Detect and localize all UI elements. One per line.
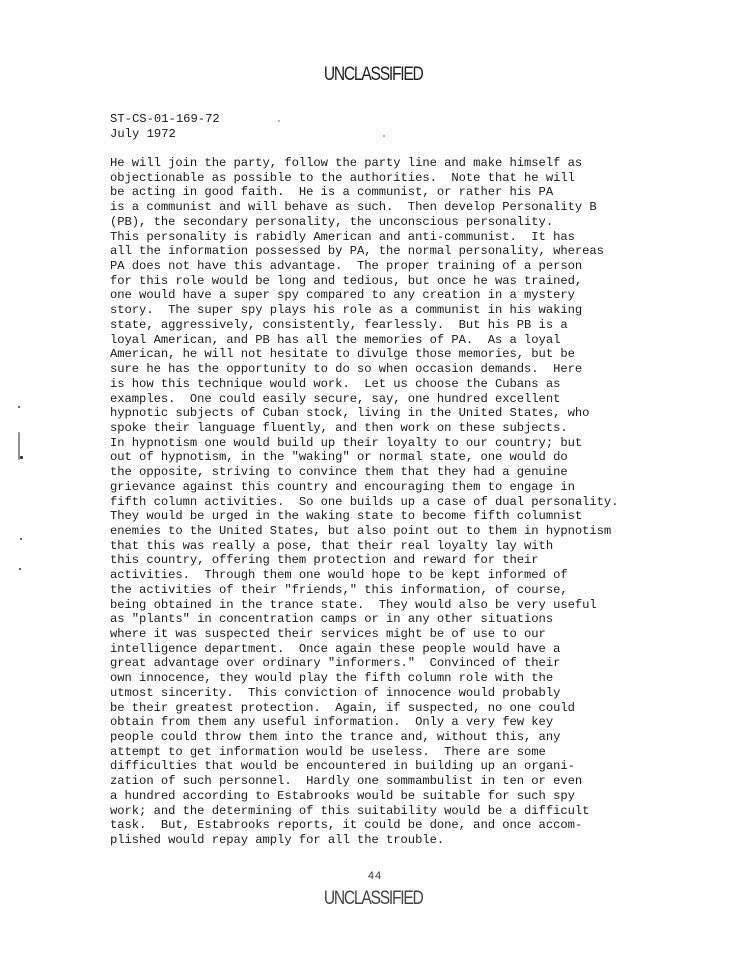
classification-header: UNCLASSIFIED [66,64,681,86]
text-line: where it was suspected their services mi… [110,627,670,642]
text-line: the activities of their "friends," this … [110,583,670,598]
text-line: activities. Through them one would hope … [110,568,670,583]
text-line: all the information possessed by PA, the… [110,244,670,259]
text-line: the opposite, striving to convince them … [110,465,670,480]
text-line: PA does not have this advantage. The pro… [110,259,670,274]
text-line: is how this technique would work. Let us… [110,377,670,392]
text-line: grievance against this country and encou… [110,480,670,495]
document-id: ST-CS-01-169-72 [110,112,220,127]
text-line: utmost sincerity. This conviction of inn… [110,686,670,701]
classification-footer: UNCLASSIFIED [66,888,681,910]
text-line: objectionable as possible to the authori… [110,171,670,186]
text-line: He will join the party, follow the party… [110,156,670,171]
text-line: work; and the determining of this suitab… [110,804,670,819]
text-line: (PB), the secondary personality, the unc… [110,215,670,230]
text-line: story. The super spy plays his role as a… [110,303,670,318]
text-line: sure he has the opportunity to do so whe… [110,362,670,377]
text-line: is a communist and will behave as such. … [110,200,670,215]
text-line: be their greatest protection. Again, if … [110,701,670,716]
text-line: This personality is rabidly American and… [110,230,670,245]
text-line: that this was really a pose, that their … [110,539,670,554]
text-line: intelligence department. Once again thes… [110,642,670,657]
text-line: one would have a super spy compared to a… [110,288,670,303]
text-line: fifth column activities. So one builds u… [110,495,670,510]
text-line: enemies to the United States, but also p… [110,524,670,539]
text-line: examples. One could easily secure, say, … [110,392,670,407]
scan-mark [383,135,385,137]
text-line: being obtained in the trance state. They… [110,598,670,613]
text-line: as "plants" in concentration camps or in… [110,612,670,627]
text-line: They would be urged in the waking state … [110,509,670,524]
text-line: attempt to get information would be usel… [110,745,670,760]
scan-mark [278,120,280,122]
text-line: difficulties that would be encountered i… [110,759,670,774]
scan-mark [19,568,21,570]
text-line: plished would repay amply for all the tr… [110,833,670,848]
text-line: this country, offering them protection a… [110,553,670,568]
text-line: American, he will not hesitate to divulg… [110,347,670,362]
scan-mark [18,406,20,408]
scan-mark [20,456,23,459]
text-line: out of hypnotism, in the "waking" or nor… [110,450,670,465]
text-line: own innocence, they would play the fifth… [110,671,670,686]
text-line: a hundred according to Estabrooks would … [110,789,670,804]
text-line: zation of such personnel. Hardly one som… [110,774,670,789]
text-line: great advantage over ordinary "informers… [110,656,670,671]
scan-mark [20,538,22,540]
text-line: for this role would be long and tedious,… [110,274,670,289]
text-line: In hypnotism one would build up their lo… [110,436,670,451]
text-line: hypnotic subjects of Cuban stock, living… [110,406,670,421]
text-line: be acting in good faith. He is a communi… [110,185,670,200]
text-line: people could throw them into the trance … [110,730,670,745]
document-meta: ST-CS-01-169-72 July 1972 [110,112,220,141]
text-line: loyal American, and PB has all the memor… [110,333,670,348]
document-date: July 1972 [110,127,220,142]
text-line: task. But, Estabrooks reports, it could … [110,818,670,833]
text-line: state, aggressively, consistently, fearl… [110,318,670,333]
text-line: spoke their language fluently, and then … [110,421,670,436]
page-number: 44 [0,870,750,882]
text-line: obtain from them any useful information.… [110,715,670,730]
body-paragraph: He will join the party, follow the party… [110,156,670,848]
